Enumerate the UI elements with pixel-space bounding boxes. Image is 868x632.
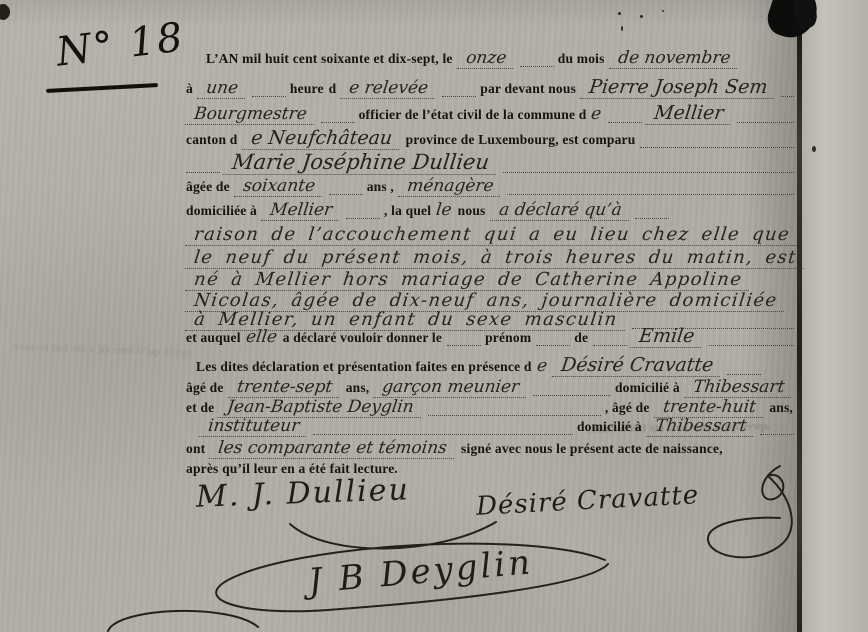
dotted-leader <box>737 112 794 123</box>
dotted-leader <box>520 56 554 67</box>
dotted-leader <box>329 184 363 195</box>
handwritten-entry-period: e relevée <box>340 80 437 99</box>
printed-text: ans , <box>367 179 394 195</box>
printed-text: domicilié à <box>577 419 642 435</box>
dotted-leader <box>428 405 601 416</box>
act-number: N° 18 <box>54 14 187 75</box>
signature-officer-flourish <box>702 458 807 573</box>
handwritten-witness2-profession: instituteur <box>199 418 308 437</box>
signature-witness-cravatte: Désiré Cravatte <box>475 480 700 522</box>
handwritten-text: elle <box>245 329 278 346</box>
printed-text: , la quel <box>384 203 431 219</box>
act-line-13: et auquel elle a déclaré vouloir donner … <box>186 327 798 348</box>
act-line-8: raison de l’accouchement qui a eu lieu c… <box>186 226 798 246</box>
act-line-15: âgé de trente-sept ans, garçon meunier d… <box>186 379 798 398</box>
handwritten-declarant-name: Marie Joséphine Dullieu <box>223 152 499 175</box>
signature-flourish <box>100 603 270 632</box>
printed-text: ans, <box>769 400 793 416</box>
printed-text: a déclaré vouloir donner le <box>283 330 442 346</box>
printed-text: domicilié à <box>615 380 680 396</box>
dotted-leader <box>313 424 573 435</box>
printed-text: canton d <box>186 132 238 148</box>
ink-speck <box>621 26 623 31</box>
printed-text: par devant nous <box>480 81 576 97</box>
bleedthrough-text: après qu’il leur en a été fait lecture, <box>10 339 192 360</box>
dotted-leader <box>536 335 570 346</box>
handwritten-entry-month: de novembre <box>608 50 739 69</box>
dotted-leader <box>727 364 761 375</box>
handwritten-domicile: Mellier <box>261 202 341 221</box>
handwritten-declaration: né à Mellier hors mariage de Catherine A… <box>185 271 752 291</box>
act-line-1: L’AN mil huit cent soixante et dix-sept,… <box>206 50 798 69</box>
act-line-6: âgée de soixante ans , ménagère <box>186 178 798 197</box>
handwritten-commune: Mellier <box>644 104 732 125</box>
act-line-14: Les dites déclaration et présentation fa… <box>196 356 798 377</box>
printed-text: prénom <box>485 330 531 346</box>
act-line-17: instituteur domicilié à Thibessart <box>200 418 798 437</box>
dotted-leader <box>346 208 380 219</box>
dotted-leader <box>709 335 795 346</box>
printed-text: âgée de <box>186 179 230 195</box>
handwritten-entry-hour: une <box>197 80 247 99</box>
ink-speck <box>812 146 816 152</box>
act-line-10: né à Mellier hors mariage de Catherine A… <box>186 271 798 291</box>
handwritten-child-firstname: Emile <box>630 327 704 348</box>
birth-certificate-page: après qu’il leur en a été fait lecture, … <box>0 0 868 632</box>
printed-text: domiciliée à <box>186 203 257 219</box>
handwritten-witness1-profession: garçon meunier <box>373 379 528 398</box>
act-line-3: Bourgmestre officier de l’état civil de … <box>186 104 798 125</box>
page-edge-strip <box>802 0 868 632</box>
handwritten-witness1-age: trente-sept <box>227 379 340 398</box>
dotted-leader <box>533 385 611 396</box>
signature-declarant: M. J. Dullieu <box>195 472 410 514</box>
printed-text: Les dites déclaration et présentation fa… <box>196 359 532 375</box>
printed-text: heure <box>290 81 324 97</box>
printed-text: de <box>574 330 588 346</box>
printed-text: province de Luxembourg, est comparu <box>406 132 636 148</box>
printed-text: d <box>329 81 337 97</box>
handwritten-text: le <box>435 202 453 219</box>
dotted-leader <box>186 162 220 173</box>
handwritten-text: e <box>590 106 602 123</box>
act-line-5: Marie Joséphine Dullieu <box>186 152 798 175</box>
ink-speck <box>618 12 621 15</box>
dotted-leader <box>447 335 481 346</box>
dotted-leader <box>442 86 476 97</box>
act-line-4: canton d e Neufchâteau province de Luxem… <box>186 129 798 150</box>
handwritten-text: a déclaré qu’à <box>489 202 630 221</box>
dotted-leader <box>760 424 794 435</box>
act-line-7: domiciliée à Mellier , la quel le nous a… <box>186 202 798 221</box>
dotted-leader <box>593 335 627 346</box>
printed-text: nous <box>458 203 486 219</box>
corner-ink-blob <box>0 4 10 20</box>
handwritten-officer-name: Pierre Joseph Sem <box>580 78 777 99</box>
dotted-leader <box>608 112 642 123</box>
handwritten-witness2-domicile: Thibessart <box>646 418 756 437</box>
handwritten-profession: ménagère <box>398 178 503 197</box>
handwritten-text: les comparante et témoins <box>209 440 456 459</box>
printed-text: officier de l’état civil de la commune d <box>359 107 587 123</box>
handwritten-witness1-name: Désiré Cravatte <box>551 356 722 377</box>
printed-text: ans, <box>346 380 370 396</box>
printed-text: ont <box>186 441 205 457</box>
dotted-leader <box>503 162 794 173</box>
handwritten-canton: e Neufchâteau <box>241 129 401 150</box>
printed-text: à <box>186 81 193 97</box>
dotted-leader <box>252 86 286 97</box>
printed-text: et auquel <box>186 330 241 346</box>
printed-text: et de <box>186 400 214 416</box>
handwritten-declaration: le neuf du présent mois, à trois heures … <box>185 249 806 269</box>
dotted-leader <box>635 208 669 219</box>
handwritten-witness1-domicile: Thibessart <box>684 379 794 398</box>
printed-text: signé avec nous le présent acte de naiss… <box>461 441 723 457</box>
act-line-9: le neuf du présent mois, à trois heures … <box>186 249 798 269</box>
ink-speck <box>662 10 664 12</box>
printed-text: du mois <box>558 51 605 67</box>
dotted-leader <box>781 86 794 97</box>
act-number-underline <box>46 83 158 93</box>
handwritten-declaration: raison de l’accouchement qui a eu lieu c… <box>185 226 799 246</box>
printed-text: L’AN mil huit cent soixante et dix-sept,… <box>206 51 453 67</box>
printed-text: âgé de <box>186 380 224 396</box>
dotted-leader <box>507 184 794 195</box>
handwritten-entry-day: onze <box>456 50 515 69</box>
dotted-leader <box>321 112 355 123</box>
dotted-leader <box>640 137 794 148</box>
act-line-2: à une heure d e relevée par devant nous … <box>186 78 798 99</box>
handwritten-age: soixante <box>234 178 324 197</box>
act-line-18: ont les comparante et témoins signé avec… <box>186 440 798 459</box>
ink-speck <box>640 15 643 18</box>
handwritten-text: e <box>536 358 548 375</box>
handwritten-officer-title: Bourgmestre <box>185 106 316 125</box>
printed-text: , âgé de <box>605 400 650 416</box>
